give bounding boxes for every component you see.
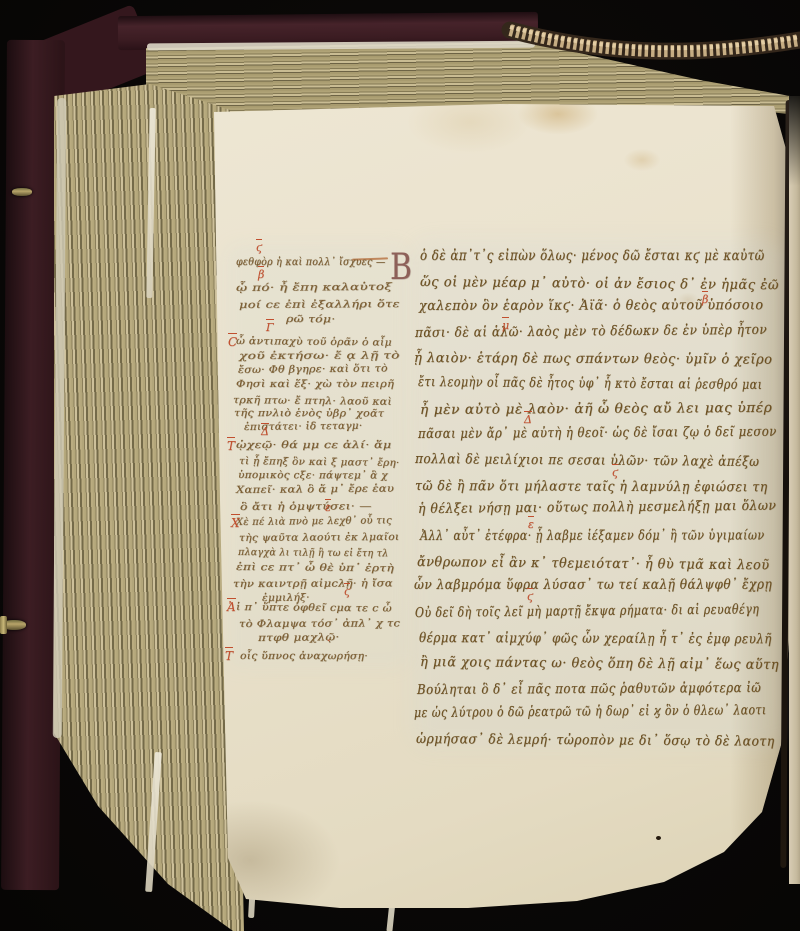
text-line: ἔτι λεομὴν οἷ πᾶς δὲ ἦτος ὑφ᾽ ἧ κτὸ ἔστα… [418,374,763,393]
manuscript-photo: Β φεθφὸρ ἡ καὶ πολλ᾽ ἴσχυες —ᾧ πό· ἦ ἔπη… [0,0,800,931]
text-line: ὧ ἀντιπαχὺ τοῦ ὁρᾶν ὁ αἷμ [236,336,392,349]
text-line: ᾧ πό· ἦ ἔπη καλαὐτοξ [236,282,392,294]
rubric-numeral: Τ [227,439,235,453]
rubric-numeral: ϛ [344,585,350,598]
rubric-numeral: β [258,268,264,281]
next-page-sliver [789,96,800,884]
clasp-pin-upper [12,188,32,196]
rubric-numeral: Ἀ [227,600,236,614]
rubricated-initial-beta: Β [390,247,412,289]
text-line: ὃ ἄτι ἡ ὁμψτύσει· — [240,501,372,513]
text-line: ἱ π᾽ ὕπτε ὀφθεῖ ϲμα τε ϲ ὦ [236,602,392,614]
rubric-numeral: Δ [524,413,532,426]
text-line: πλαγχὰ λι τιλῇ ἢ τω εἰ ἔτη τλ [238,547,388,559]
rubric-numeral: Δ [261,425,269,438]
clasp-pin-lower [2,620,26,630]
text-line: τὶ ᾗ ἔπηξ ὃν καὶ ξ μαστ᾽ ἔρη· [239,456,400,469]
text-line: τρκῆ πτω· ἔ πτηλ· λαοῦ καὶ [233,395,392,408]
text-line: με ὡς λύτρου ὁ δῶ ῥεατρῶ τῶ ἡ δωρ᾽ εἰ ϗ … [414,703,767,722]
text-line: Βούληται ὃ δ᾽ εἶ πᾶς ποτα πῶς ῥαθυτῶν ἀμ… [417,680,761,698]
rubric-numeral: ε [528,518,534,531]
text-line: ὡρμήσασ᾽ δὲ λεμρή· τὠροπὸν με δι᾽ ὅσῳ τὸ… [416,731,775,750]
rubric-numeral: ϛ [256,241,262,254]
rubric-numeral: Τ [225,649,233,663]
text-line: πᾶσι· δὲ αἱ ἁλῶ· λαὸς μὲν τὸ δέδωκν δε ἐ… [415,322,767,341]
text-line: Χαπεῖ· καλ ὃ ἅ μ᾽ ἔρε ἑαυ [235,484,393,496]
text-line: πολλαὶ δὲ μειλίχιοι πε σεσαι ὑλῶν· τῶν λ… [414,451,759,470]
rubric-numeral: β [702,293,708,306]
rubric-numeral: Χ [231,516,240,530]
rubric-numeral: Γ [266,321,274,334]
text-line: ἢ μιᾶ χοις πάντας ω· θεὸς ὅπη δὲ λῇ αἰμ᾽… [420,654,779,673]
text-line: ἦ μὲν αὐτὸ μὲ λαὸν· ἀῆ ὧ θεὸς αὔ λει μας… [420,400,772,418]
rubric-numeral: · [327,634,331,647]
text-line: ᾠχεῷ· θά μμ ϲε ἀλί· ἅμ [236,440,391,451]
rubric-numeral: ε [325,501,331,514]
text-line: Φησὶ καὶ ἕξ· χὼ τὸν πειρῆ [236,379,394,390]
text-line: ἔσω· Φθ βγηρε· καὶ ὅτι τὸ [238,363,388,376]
text-line: ὁ δὲ ἀπ᾽τ᾽ς εἰπὼν ὅλως· μένος δῶ ἔσται κ… [420,248,765,264]
text-line: τὴν καιντρῇ αἰμϲλῇ· ἡ ἴσα [233,578,393,590]
text-line: τὸ Φλαμψα τόσ᾽ ἀπλ᾽ χ τϲ [239,618,400,630]
text-line: μοί ϲε ἐπὶ ἐξαλλήρι ὅτε [239,299,400,311]
text-line: χαλεπὸν ὃν ἑαρὸν ἵκϛ· Ἀϊᾶ· ὁ θεὸς αὐτοῦ … [419,297,764,314]
text-line: τῆς πνλιὸ ἑνὸς ὑβρ᾽ χοᾶτ [234,408,384,420]
rubric-numeral: ϛ [612,466,618,479]
rubric-numeral: Ϲ [228,335,237,349]
text-line: θέρμα κατ᾽ αἰμχύφ᾽ φῶς ὧν χεραίλῃ ἦ τ᾽ ἐ… [419,630,772,647]
text-line: Χὲ πέ λιὰ πνὸ με λεχθ᾽ οὗ τις [236,515,392,528]
text-line: τὴς ψαῦτα λαούτι ἐκ λμαῖοι [239,532,399,544]
text-line: Ἀλλ᾽ αὖτ᾽ ἐτέφρα· ᾗ λαβμε ἱέξαμεν δόμ᾽ ἢ… [420,528,765,545]
text-line: ὧν λαβμρόμα ὕφρα λύσασ᾽ τω τεί καλῇ θάλψ… [414,577,772,593]
text-line: πᾶσαι μὲν ἄρ᾽ μὲ αὐτὴ ἡ θεοῖ· ὡς δὲ ἴσαι… [418,423,777,441]
rubric-numeral: μ [502,319,509,332]
rubric-numeral: ϛ [527,590,533,603]
text-line: ρῶ τόμ· [286,314,336,325]
ink-speck [656,836,661,840]
text-line: οἷς ὕπνος ἀναχωρήσῃ· [240,651,368,662]
text-line: τῶ δὲ ἢ πᾶν ὅτι μήλαστε ταῖς ἡ λαμνύλῃ ἐ… [415,478,768,495]
text-line: ᾗ λαιὸν· ἑτάρη δὲ πως σπάντων θεὸς· ὑμῖν… [414,350,773,368]
text-line: χοῦ ἐκτήσω· ἔ ᾳ λῇ τὸ [239,351,400,363]
text-line: ἐπὶ ϲε πτ᾽ ὦ θὲ ὑπ᾽ ἐρτὴ [235,562,393,574]
text-line: ὑπομικὸς ϲξε· πάψτεμ᾽ ἃ χ [238,470,388,482]
